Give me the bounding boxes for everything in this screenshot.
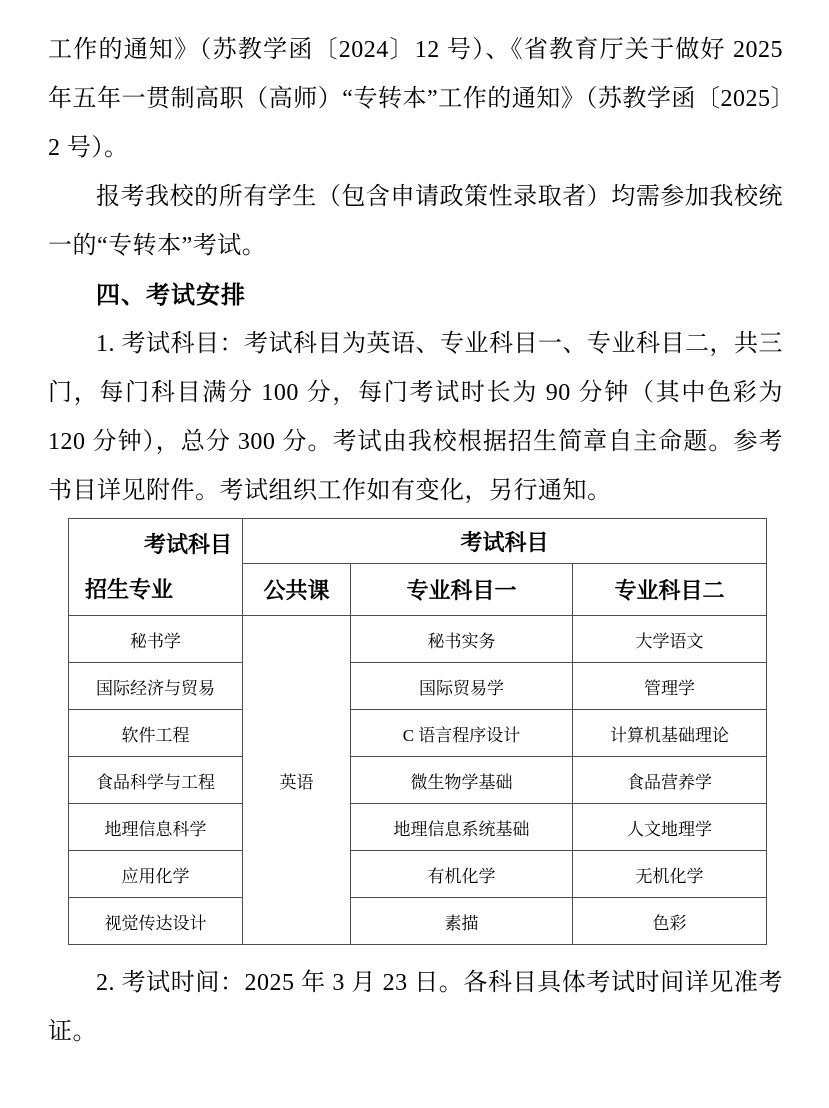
subject-two-cell: 无机化学 [573,851,767,898]
table-row: 国际经济与贸易国际贸易学管理学 [69,663,767,710]
table-row: 地理信息科学地理信息系统基础人文地理学 [69,804,767,851]
major-cell: 国际经济与贸易 [69,663,243,710]
paragraph-notice-references: 工作的通知》（苏教学函〔2024〕12 号）、《省教育厅关于做好 2025 年五… [48,26,783,173]
document-page: 工作的通知》（苏教学函〔2024〕12 号）、《省教育厅关于做好 2025 年五… [0,0,829,1108]
corner-label-enrollment-majors: 招生专业 [85,573,173,604]
column-header-subject-one: 专业科目一 [351,564,573,616]
subject-two-cell: 食品营养学 [573,757,767,804]
corner-label-exam-subjects: 考试科目 [144,528,232,559]
major-cell: 软件工程 [69,710,243,757]
subject-one-cell: 秘书实务 [351,616,573,663]
major-cell: 地理信息科学 [69,804,243,851]
subject-one-cell: 素描 [351,898,573,945]
table-row: 软件工程C 语言程序设计计算机基础理论 [69,710,767,757]
subject-one-cell: 微生物学基础 [351,757,573,804]
major-cell: 应用化学 [69,851,243,898]
subject-two-cell: 色彩 [573,898,767,945]
subject-two-cell: 管理学 [573,663,767,710]
major-cell: 视觉传达设计 [69,898,243,945]
subject-one-cell: 有机化学 [351,851,573,898]
column-header-subject-two: 专业科目二 [573,564,767,616]
exam-subjects-table: 考试科目 招生专业 考试科目 公共课 专业科目一 专业科目二 秘书学英语秘书实务… [68,518,767,945]
column-header-common-course: 公共课 [243,564,351,616]
major-cell: 秘书学 [69,616,243,663]
table-header-row-1: 考试科目 招生专业 考试科目 [69,519,767,564]
paragraph-exam-date: 2. 考试时间：2025 年 3 月 23 日。各科目具体考试时间详见准考证。 [48,959,783,1057]
table-row: 视觉传达设计素描色彩 [69,898,767,945]
subject-two-cell: 计算机基础理论 [573,710,767,757]
section-heading-exam-arrangement: 四、考试安排 [48,271,783,320]
paragraph-exam-subjects: 1. 考试科目：考试科目为英语、专业科目一、专业科目二，共三门，每门科目满分 1… [48,320,783,516]
table-row: 应用化学有机化学无机化学 [69,851,767,898]
table-row: 秘书学英语秘书实务大学语文 [69,616,767,663]
group-header-exam-subjects: 考试科目 [243,519,767,564]
table-row: 食品科学与工程微生物学基础食品营养学 [69,757,767,804]
major-cell: 食品科学与工程 [69,757,243,804]
paragraph-exam-requirement: 报考我校的所有学生（包含申请政策性录取者）均需参加我校统一的“专转本”考试。 [48,173,783,271]
subject-one-cell: 地理信息系统基础 [351,804,573,851]
common-course-cell: 英语 [243,616,351,945]
subject-one-cell: C 语言程序设计 [351,710,573,757]
subject-two-cell: 人文地理学 [573,804,767,851]
subject-one-cell: 国际贸易学 [351,663,573,710]
diagonal-corner-cell: 考试科目 招生专业 [69,519,243,616]
subject-two-cell: 大学语文 [573,616,767,663]
